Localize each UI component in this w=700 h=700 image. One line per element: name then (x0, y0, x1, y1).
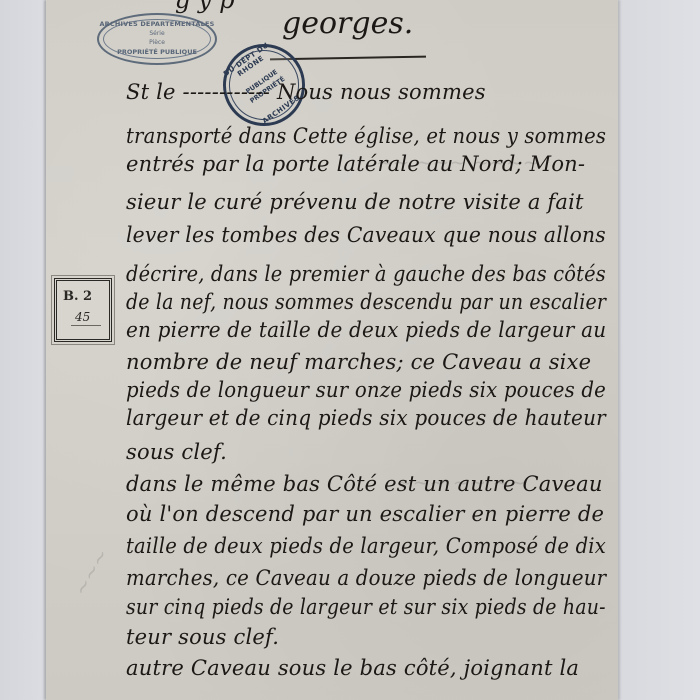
manuscript-line: sur cinq pieds de largeur et sur six pie… (126, 595, 606, 619)
oval-stamp-piece-text: Pièce (99, 39, 215, 46)
document-title: georges. (282, 6, 413, 41)
manuscript-line: teur sous clef. (126, 625, 279, 649)
manuscript-line: transporté dans Cette église, et nous y … (126, 124, 606, 148)
oval-stamp-serie-text: Série (99, 30, 215, 37)
manuscript-line: largeur et de cinq pieds six pouces de h… (126, 406, 606, 430)
cote-number: 45 (75, 310, 90, 324)
manuscript-line: en pierre de taille de deux pieds de lar… (126, 318, 606, 342)
manuscript-line: sous clef. (126, 440, 227, 464)
manuscript-line: entrés par la porte latérale au Nord; Mo… (126, 152, 585, 176)
manuscript-line: pieds de longueur sur onze pieds six pou… (126, 378, 606, 402)
manuscript-line: dans le même bas Côté est un autre Cavea… (126, 472, 603, 496)
manuscript-line: décrire, dans le premier à gauche des ba… (126, 262, 606, 286)
manuscript-line: où l'on descend par un escalier en pierr… (126, 502, 604, 526)
manuscript-line: de la nef, nous sommes descendu par un e… (126, 290, 606, 314)
manuscript-line: nombre de neuf marches; ce Caveau a sixe (126, 350, 591, 374)
manuscript-line: marches, ce Caveau a douze pieds de long… (126, 566, 606, 590)
top-text-fragment: g y p (175, 0, 235, 14)
manuscript-line: taille de deux pieds de largeur, Composé… (126, 534, 606, 558)
bleed-through-text: ~~~ (68, 544, 114, 600)
manuscript-line: autre Caveau sous le bas côté, joignant … (126, 656, 579, 680)
manuscript-line: sieur le curé prévenu de notre visite a … (126, 190, 584, 214)
manuscript-line: St le ------------ Nous nous sommes (126, 80, 486, 104)
oval-stamp-bottom-text: PROPRIÉTÉ PUBLIQUE (99, 48, 215, 56)
manuscript-line: lever les tombes des Caveaux que nous al… (126, 223, 606, 247)
cote-underline (71, 325, 101, 326)
oval-stamp-top-text: ARCHIVES DEPARTEMENTALES (99, 20, 215, 28)
cote-series: B. 2 (63, 289, 92, 304)
archives-oval-stamp: ARCHIVES DEPARTEMENTALES Série Pièce PRO… (97, 13, 217, 65)
archive-cote-label: B. 2 45 (54, 278, 112, 342)
